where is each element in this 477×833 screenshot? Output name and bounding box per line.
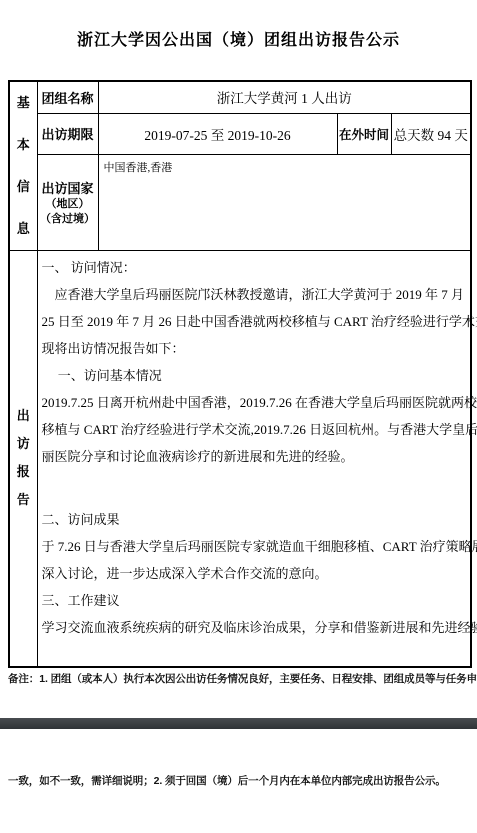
countries-label: 出访国家 （地区） （含过境） <box>37 154 98 250</box>
countries-value: 中国香港,香港 <box>98 154 471 250</box>
report-line: 移植与 CART 治疗经验进行学术交流,2019.7.26 日返回杭州。与香港大… <box>42 416 471 443</box>
section-basic-info-header: 基本信息 <box>9 81 37 251</box>
report-line: 深入讨论，进一步达成深入学术合作交流的意向。 <box>42 560 471 587</box>
footnote-line-2: 一致，如不一致，需详细说明；2. 须于回国（境）后一个月内在本单位内部完成出访报… <box>8 773 446 788</box>
page-title: 浙江大学因公出国（境）团组出访报告公示 <box>0 27 477 50</box>
section-visit-report-header: 出访报告 <box>9 251 37 667</box>
report-line: 丽医院分享和讨论血液病诊疗的新进展和先进的经验。 <box>42 443 471 470</box>
visit-report-table: 基本信息 团组名称 浙江大学黄河 1 人出访 出访期限 2019-07-25 至… <box>8 80 472 668</box>
report-line: 25 日至 2019 年 7 月 26 日赴中国香港就两校移植与 CART 治疗… <box>42 308 471 335</box>
report-line-spacer <box>42 470 471 506</box>
time-abroad-label: 在外时间 <box>337 113 391 154</box>
report-line: 现将出访情况报告如下： <box>42 335 471 362</box>
countries-label-sub1: （地区） <box>38 197 98 212</box>
page-separator-bar <box>0 718 477 729</box>
visit-period-label: 出访期限 <box>37 113 98 154</box>
report-line: 应香港大学皇后玛丽医院邝沃林教授邀请，浙江大学黄河于 2019 年 7 月 <box>42 281 471 308</box>
footnote-line-1: 备注：1. 团组（或本人）执行本次因公出访任务情况良好，主要任务、日程安排、团组… <box>8 671 477 686</box>
table-row: 出访期限 2019-07-25 至 2019-10-26 在外时间 总天数 94… <box>9 113 471 154</box>
report-line: 2019.7.25 日离开杭州赴中国香港，2019.7.26 在香港大学皇后玛丽… <box>42 389 471 416</box>
document-page: 浙江大学因公出国（境）团组出访报告公示 基本信息 团组名称 浙江大学黄河 1 人… <box>0 0 477 833</box>
table-row: 基本信息 团组名称 浙江大学黄河 1 人出访 <box>9 81 471 113</box>
group-name-label: 团组名称 <box>37 81 98 113</box>
countries-label-sub2: （含过境） <box>38 212 98 227</box>
report-line: 一、访问基本情况 <box>42 362 471 389</box>
report-line: 于 7.26 日与香港大学皇后玛丽医院专家就造血干细胞移植、CART 治疗策略展… <box>42 533 471 560</box>
time-abroad-value: 总天数 94 天 <box>391 113 471 154</box>
section-visit-report-label: 出访报告 <box>16 402 31 514</box>
countries-label-main: 出访国家 <box>38 178 98 197</box>
visit-report-body: 一、 访问情况： 应香港大学皇后玛丽医院邝沃林教授邀请，浙江大学黄河于 2019… <box>37 251 471 667</box>
table-row: 出访国家 （地区） （含过境） 中国香港,香港 <box>9 154 471 250</box>
report-line: 三、工作建议 <box>42 587 471 614</box>
section-basic-info-label: 基本信息 <box>16 82 31 250</box>
table-row: 出访报告 一、 访问情况： 应香港大学皇后玛丽医院邝沃林教授邀请，浙江大学黄河于… <box>9 251 471 667</box>
visit-period-value: 2019-07-25 至 2019-10-26 <box>98 113 337 154</box>
report-line: 一、 访问情况： <box>42 254 471 281</box>
report-line: 学习交流血液系统疾病的研究及临床诊治成果，分享和借鉴新进展和先进经验。 <box>42 614 471 641</box>
group-name-value: 浙江大学黄河 1 人出访 <box>98 81 471 113</box>
report-line: 二、访问成果 <box>42 506 471 533</box>
